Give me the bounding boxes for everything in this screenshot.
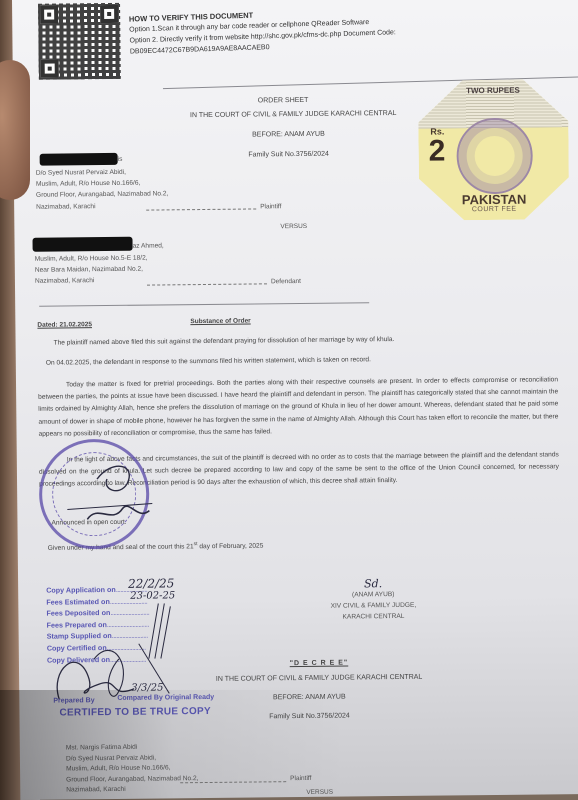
decree-plaintiff-line: Ground Floor, Aurangabad, Nazimabad No.2… — [66, 774, 198, 786]
judge-place: KARACHI CENTRAL — [313, 611, 433, 623]
copy-stamp-label: Fees Estimated on — [46, 597, 110, 607]
copy-stamp-label: Fees Prepared on — [46, 620, 106, 630]
copy-stamp-row: Fees Deposited on.......................… — [46, 607, 149, 620]
decree-court-name: IN THE COURT OF CIVIL & FAMILY JUDGE KAR… — [189, 673, 449, 683]
court-document-page: HOW TO VERIFY THIS DOCUMENT Option 1.Sca… — [12, 0, 578, 800]
decree-versus-label: VERSUS — [306, 789, 333, 796]
defendant-role: Defendant — [271, 278, 301, 285]
plaintiff-line: Nazimabad, Karachi — [36, 200, 168, 213]
versus-label: VERSUS — [280, 223, 307, 230]
decree-plaintiff-line: Nazimabad, Karachi — [66, 784, 198, 796]
order-title: Substance of Order — [190, 318, 250, 326]
qr-finder-icon — [40, 6, 58, 24]
order-paragraph-2: On 04.02.2025, the defendant in response… — [46, 352, 546, 369]
court-fee-stamp: TWO RUPEES Rs. 2 PAKISTAN COURT FEE — [418, 79, 569, 221]
redacted-name — [40, 153, 118, 166]
order-paragraph-3: Today the matter is fixed for pretrial p… — [38, 374, 559, 440]
decree-suit-number: Family Suit No.3756/2024 — [209, 712, 409, 721]
qr-code-icon — [38, 3, 121, 80]
stamp-amount: 2 — [428, 134, 445, 168]
redacted-name — [32, 237, 132, 252]
defendant-line: Nazimabad, Karachi — [35, 275, 148, 287]
decree-before-judge: BEFORE: ANAM AYUB — [209, 693, 409, 702]
order-paragraph-1: The plaintiff named above filed this sui… — [54, 332, 554, 349]
decree-plaintiff-role: Plaintiff — [290, 775, 311, 782]
decree-plaintiff-address: Mst. Nargis Fatima Abidi D/o Syed Nusrat… — [66, 742, 199, 796]
dotted-line — [146, 208, 256, 210]
judge-signature-scribble — [57, 448, 168, 539]
defendant-address: Muslim, Adult, R/o House No.5-E 18/2, Ne… — [35, 253, 148, 288]
stamp-label: COURT FEE — [419, 205, 569, 214]
verification-instructions: HOW TO VERIFY THIS DOCUMENT Option 1.Sca… — [129, 5, 397, 57]
compared-by-label: Compared By Original Ready — [117, 694, 214, 702]
dotted-line — [180, 781, 286, 783]
suit-number: Family Suit No.3756/2024 — [164, 150, 414, 160]
divider — [39, 302, 369, 306]
thumb — [0, 60, 30, 200]
defendant-line: Near Bara Maidan, Nazimabad No.2, — [35, 264, 148, 276]
judge-title: XIV CIVIL & FAMILY JUDGE, — [313, 600, 433, 612]
qr-finder-icon — [100, 5, 118, 23]
plaintiff-address: D/o Syed Nusrat Pervaiz Abidi, Muslim, A… — [36, 166, 169, 212]
decree-heading: "D E C R E E" — [259, 659, 379, 667]
copy-stamp-label: Copy Application on — [46, 585, 116, 595]
dotted-line — [147, 283, 267, 285]
given-text: day of February, 2025 — [197, 543, 263, 551]
qr-finder-icon — [41, 60, 59, 78]
handwritten-application-date: 22/2/25 — [128, 576, 174, 590]
defendant-name-suffix: az Ahmed, — [133, 240, 164, 252]
flower-emblem-icon — [456, 118, 533, 195]
order-date: Dated: 21.02.2025 — [37, 321, 92, 329]
certified-true-copy-stamp: CERTIFED TO BE TRUE COPY — [59, 706, 211, 719]
order-sheet-heading: ORDER SHEET — [163, 96, 403, 106]
before-judge: BEFORE: ANAM AYUB — [163, 130, 413, 140]
given-text: Given under my hand and seal of the cour… — [48, 543, 194, 552]
plaintiff-name-suffix: is — [118, 154, 123, 165]
court-name: IN THE COURT OF CIVIL & FAMILY JUDGE KAR… — [163, 110, 423, 120]
stamp-denomination-text: TWO RUPEES — [418, 85, 568, 96]
copy-stamp-label: Fees Deposited on — [46, 608, 110, 618]
handwritten-certified-date: 3/3/25 — [131, 682, 163, 693]
plaintiff-role: Plaintiff — [260, 203, 281, 210]
prepared-by-label: Prepared By — [53, 697, 94, 704]
judge-signature-block: Sd. (ANAM AYUB) XIV CIVIL & FAMILY JUDGE… — [313, 578, 433, 623]
plaintiff-line: Ground Floor, Aurangabad, Nazimabad No.2… — [36, 189, 168, 202]
